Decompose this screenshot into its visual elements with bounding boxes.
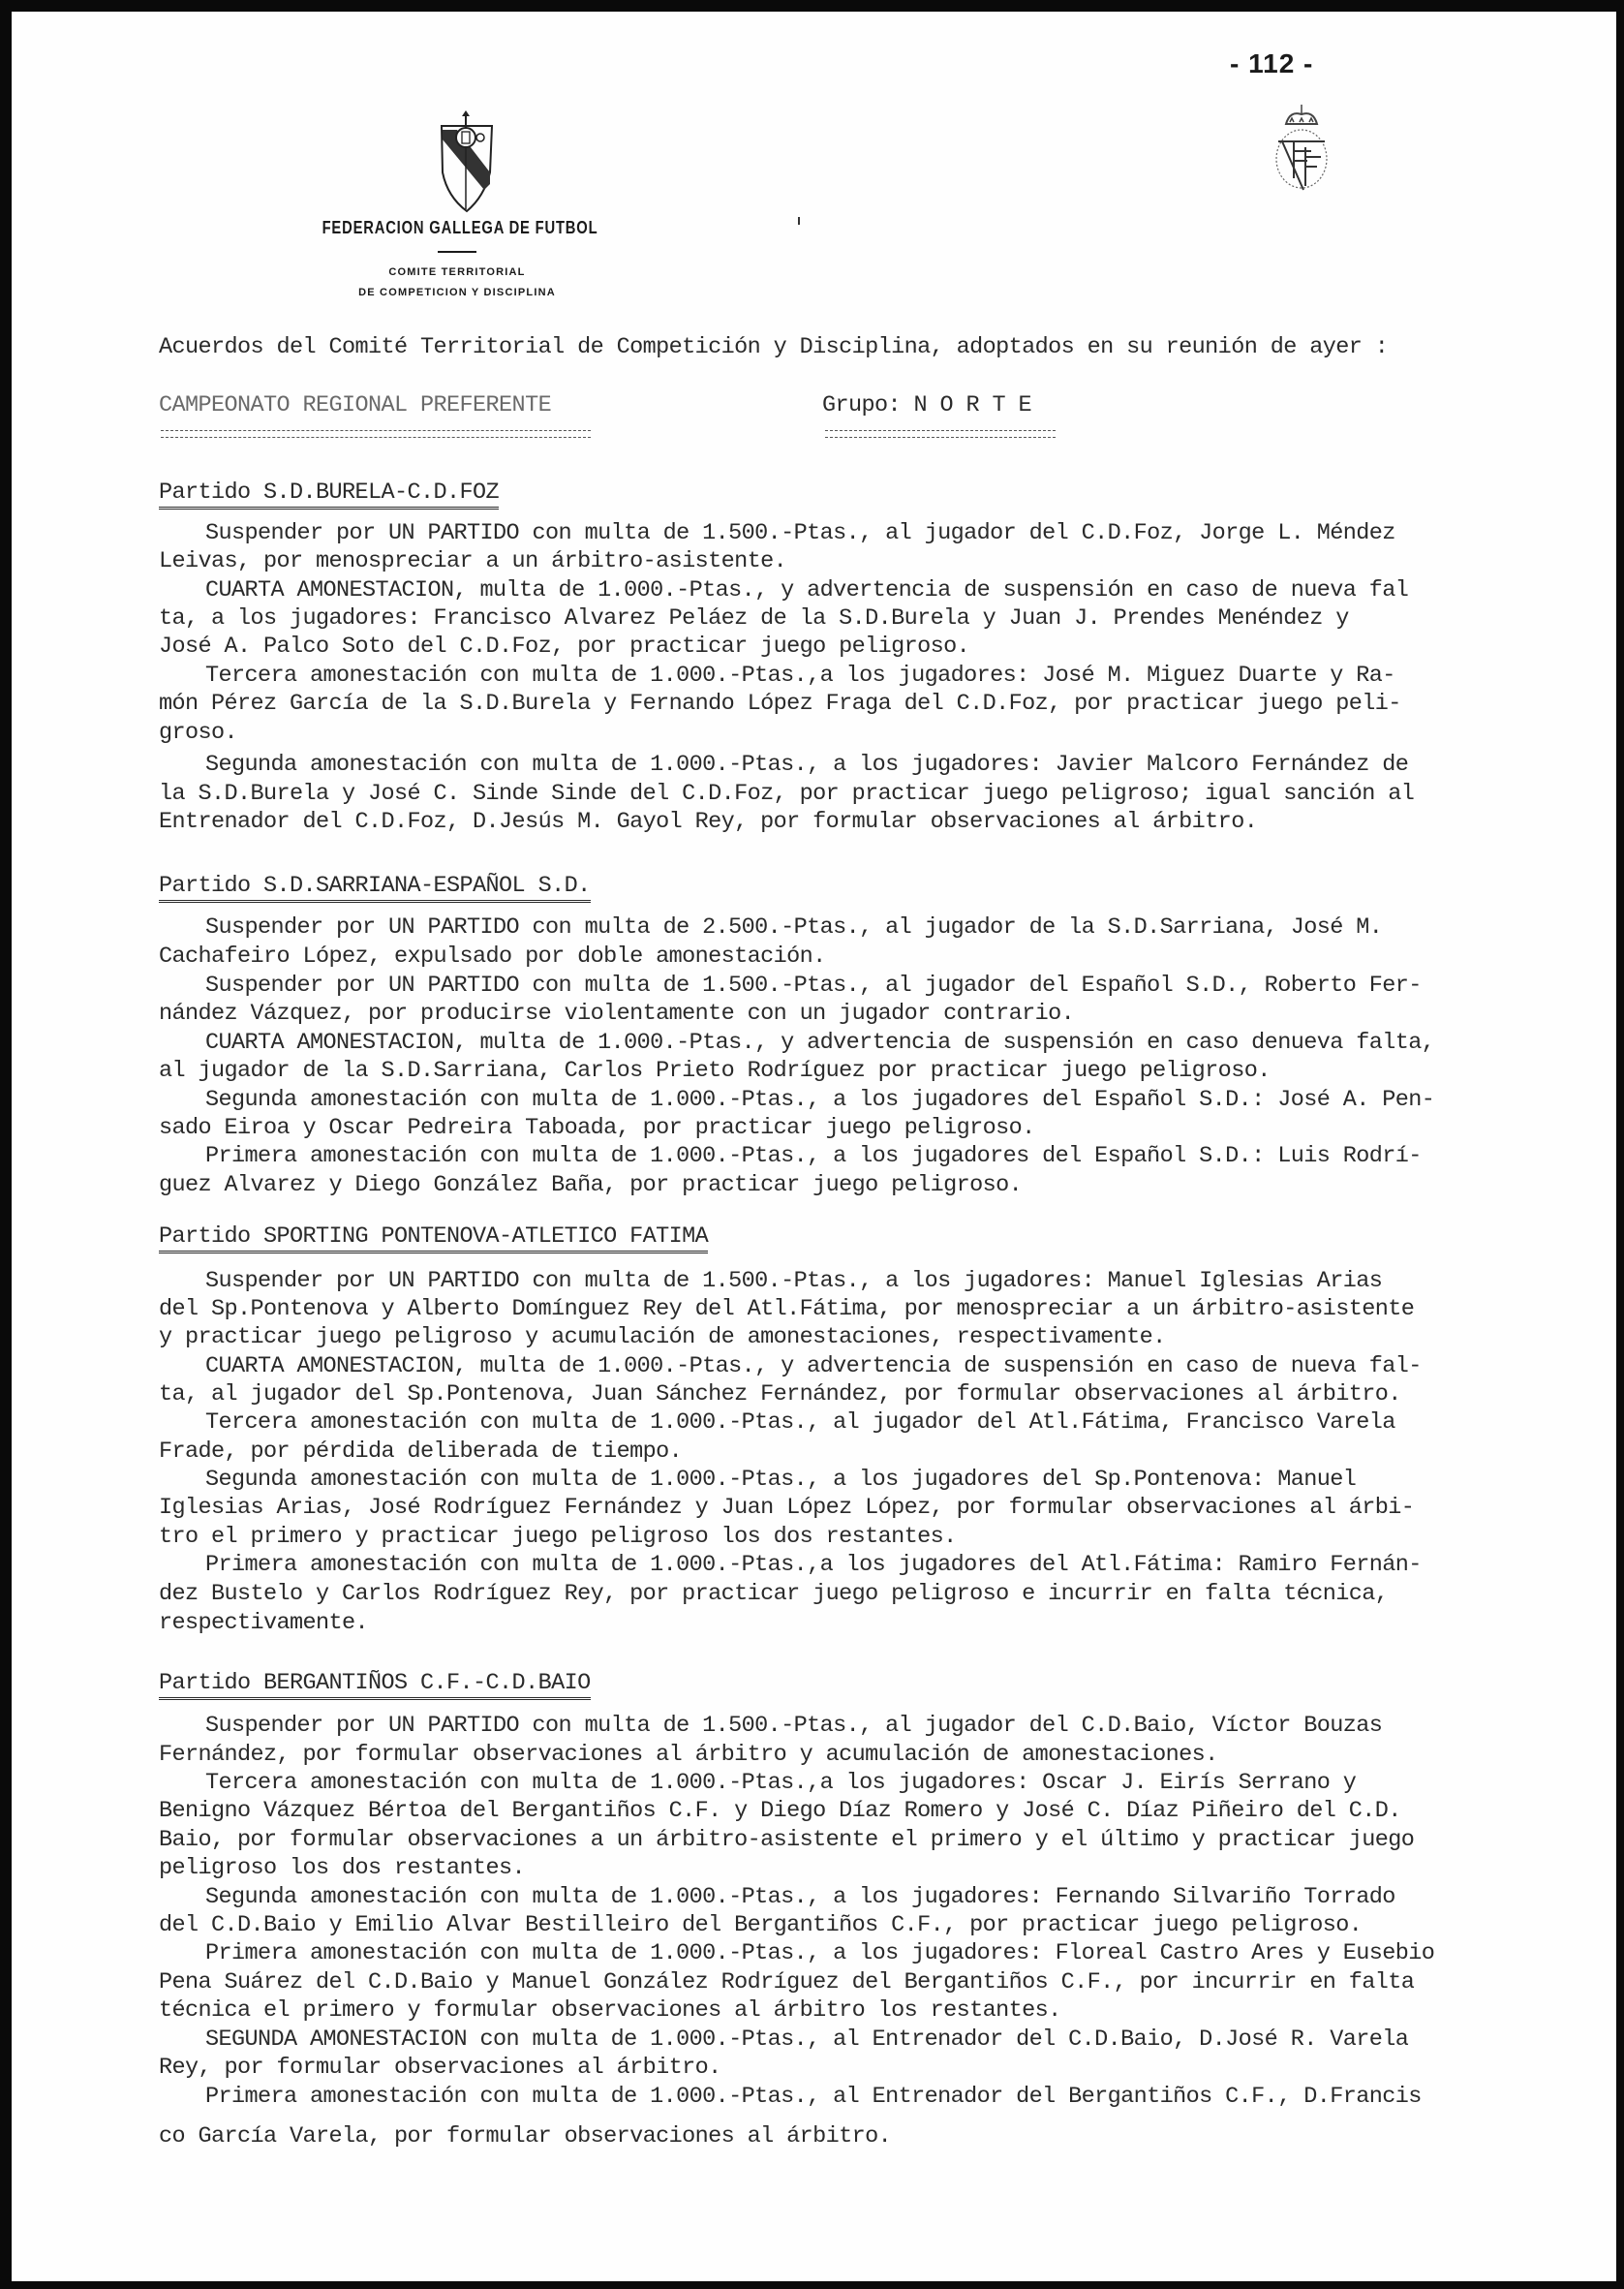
document-page: - 112 - FEDERACION GALLEGA DE FUTBOL COM… — [12, 12, 1616, 2281]
sanction-line: la S.D.Burela y José C. Sinde Sinde del … — [159, 781, 1414, 807]
sanction-line: CUARTA AMONESTACION, multa de 1.000.-Pta… — [159, 577, 1408, 603]
sanction-line: del C.D.Baio y Emilio Alvar Bestilleiro … — [159, 1912, 1362, 1938]
sanction-line: Segunda amonestación con multa de 1.000.… — [159, 1884, 1395, 1910]
committee-line-2: DE COMPETICION Y DISCIPLINA — [292, 283, 622, 303]
sanction-line: dez Bustelo y Carlos Rodríguez Rey, por … — [159, 1581, 1388, 1607]
sanction-line: Suspender por UN PARTIDO con multa de 1.… — [159, 520, 1395, 546]
page-number: - 112 - — [1230, 48, 1313, 79]
sanction-line: peligroso los dos restantes. — [159, 1855, 525, 1881]
sanction-line: del Sp.Pontenova y Alberto Domínguez Rey… — [159, 1296, 1414, 1322]
sanction-line: Benigno Vázquez Bértoa del Bergantiños C… — [159, 1798, 1401, 1824]
sanction-line: guez Alvarez y Diego González Baña, por … — [159, 1172, 1022, 1198]
match-heading: Partido SPORTING PONTENOVA-ATLETICO FATI… — [159, 1223, 708, 1253]
sanction-line: Baio, por formular observaciones a un ár… — [159, 1827, 1414, 1853]
group-double-rule — [825, 430, 1056, 438]
sanction-line: respectivamente. — [159, 1610, 368, 1636]
sanction-line: nández Vázquez, por producirse violentam… — [159, 1001, 1074, 1027]
sanction-line: Segunda amonestación con multa de 1.000.… — [159, 1467, 1356, 1493]
sanction-line: Tercera amonestación con multa de 1.000.… — [159, 1409, 1395, 1436]
sanction-line: Leivas, por menospreciar a un árbitro-as… — [159, 548, 786, 574]
sanction-line: Tercera amonestación con multa de 1.000.… — [159, 1770, 1356, 1796]
sanction-line: groso. — [159, 720, 237, 746]
sanction-line: Suspender por UN PARTIDO con multa de 1.… — [159, 1268, 1382, 1294]
federation-letterhead: FEDERACION GALLEGA DE FUTBOL COMITE TERR… — [292, 218, 622, 303]
sanction-line: Tercera amonestación con multa de 1.000.… — [159, 663, 1395, 689]
championship-double-rule — [161, 430, 591, 438]
sanction-line: Frade, por pérdida deliberada de tiempo. — [159, 1438, 682, 1465]
committee-line-1: COMITE TERRITORIAL — [292, 263, 622, 283]
sanction-line: técnica el primero y formular observacio… — [159, 1997, 1061, 2024]
sanction-line: Segunda amonestación con multa de 1.000.… — [159, 752, 1408, 778]
sanction-line: Suspender por UN PARTIDO con multa de 1.… — [159, 973, 1422, 999]
sanction-line: tro el primero y practicar juego peligro… — [159, 1524, 957, 1550]
letterhead-divider — [438, 251, 476, 253]
sanction-line: Cachafeiro López, expulsado por doble am… — [159, 943, 826, 970]
sanction-line: ta, al jugador del Sp.Pontenova, Juan Sá… — [159, 1381, 1401, 1407]
sanction-line: CUARTA AMONESTACION, multa de 1.000.-Pta… — [159, 1353, 1422, 1379]
sanction-line: Iglesias Arias, José Rodríguez Fernández… — [159, 1495, 1414, 1521]
scan-artifact — [798, 217, 800, 225]
sanction-line: ta, a los jugadores: Francisco Alvarez P… — [159, 605, 1349, 632]
championship-name: CAMPEONATO REGIONAL PREFERENTE — [159, 392, 551, 418]
galician-federation-shield-icon — [436, 105, 496, 213]
sanction-line: Segunda amonestación con multa de 1.000.… — [159, 1087, 1434, 1113]
group-name: Grupo: N O R T E — [822, 392, 1031, 418]
sanction-line: Primera amonestación con multa de 1.000.… — [159, 2084, 1422, 2110]
sanction-line: Primera amonestación con multa de 1.000.… — [159, 1552, 1422, 1578]
sanction-line: José A. Palco Soto del C.D.Foz, por prac… — [159, 634, 969, 660]
sanction-line: món Pérez García de la S.D.Burela y Fern… — [159, 691, 1401, 717]
match-heading: Partido S.D.SARRIANA-ESPAÑOL S.D. — [159, 873, 591, 903]
sanction-line: SEGUNDA AMONESTACION con multa de 1.000.… — [159, 2026, 1408, 2053]
intro-text: Acuerdos del Comité Territorial de Compe… — [159, 334, 1388, 360]
sanction-line: Suspender por UN PARTIDO con multa de 1.… — [159, 1713, 1382, 1739]
sanction-line: Pena Suárez del C.D.Baio y Manuel Gonzál… — [159, 1969, 1414, 1995]
spanish-federation-crest-icon — [1272, 103, 1331, 196]
sanction-line: Primera amonestación con multa de 1.000.… — [159, 1143, 1422, 1169]
match-heading: Partido BERGANTIÑOS C.F.-C.D.BAIO — [159, 1670, 591, 1700]
match-heading: Partido S.D.BURELA-C.D.FOZ — [159, 479, 499, 510]
sanction-line: CUARTA AMONESTACION, multa de 1.000.-Pta… — [159, 1030, 1434, 1056]
sanction-line: co García Varela, por formular observaci… — [159, 2123, 891, 2150]
sanction-line: sado Eiroa y Oscar Pedreira Taboada, por… — [159, 1115, 1035, 1141]
sanction-line: y practicar juego peligroso y acumulació… — [159, 1324, 1166, 1350]
sanction-line: Entrenador del C.D.Foz, D.Jesús M. Gayol… — [159, 809, 1257, 835]
sanction-line: al jugador de la S.D.Sarriana, Carlos Pr… — [159, 1058, 1271, 1084]
sanction-line: Primera amonestación con multa de 1.000.… — [159, 1940, 1434, 1966]
sanction-line: Fernández, por formular observaciones al… — [159, 1742, 1218, 1768]
federation-name: FEDERACION GALLEGA DE FUTBOL — [322, 218, 593, 238]
sanction-line: Suspender por UN PARTIDO con multa de 2.… — [159, 914, 1382, 941]
sanction-line: Rey, por formular observaciones al árbit… — [159, 2055, 721, 2081]
